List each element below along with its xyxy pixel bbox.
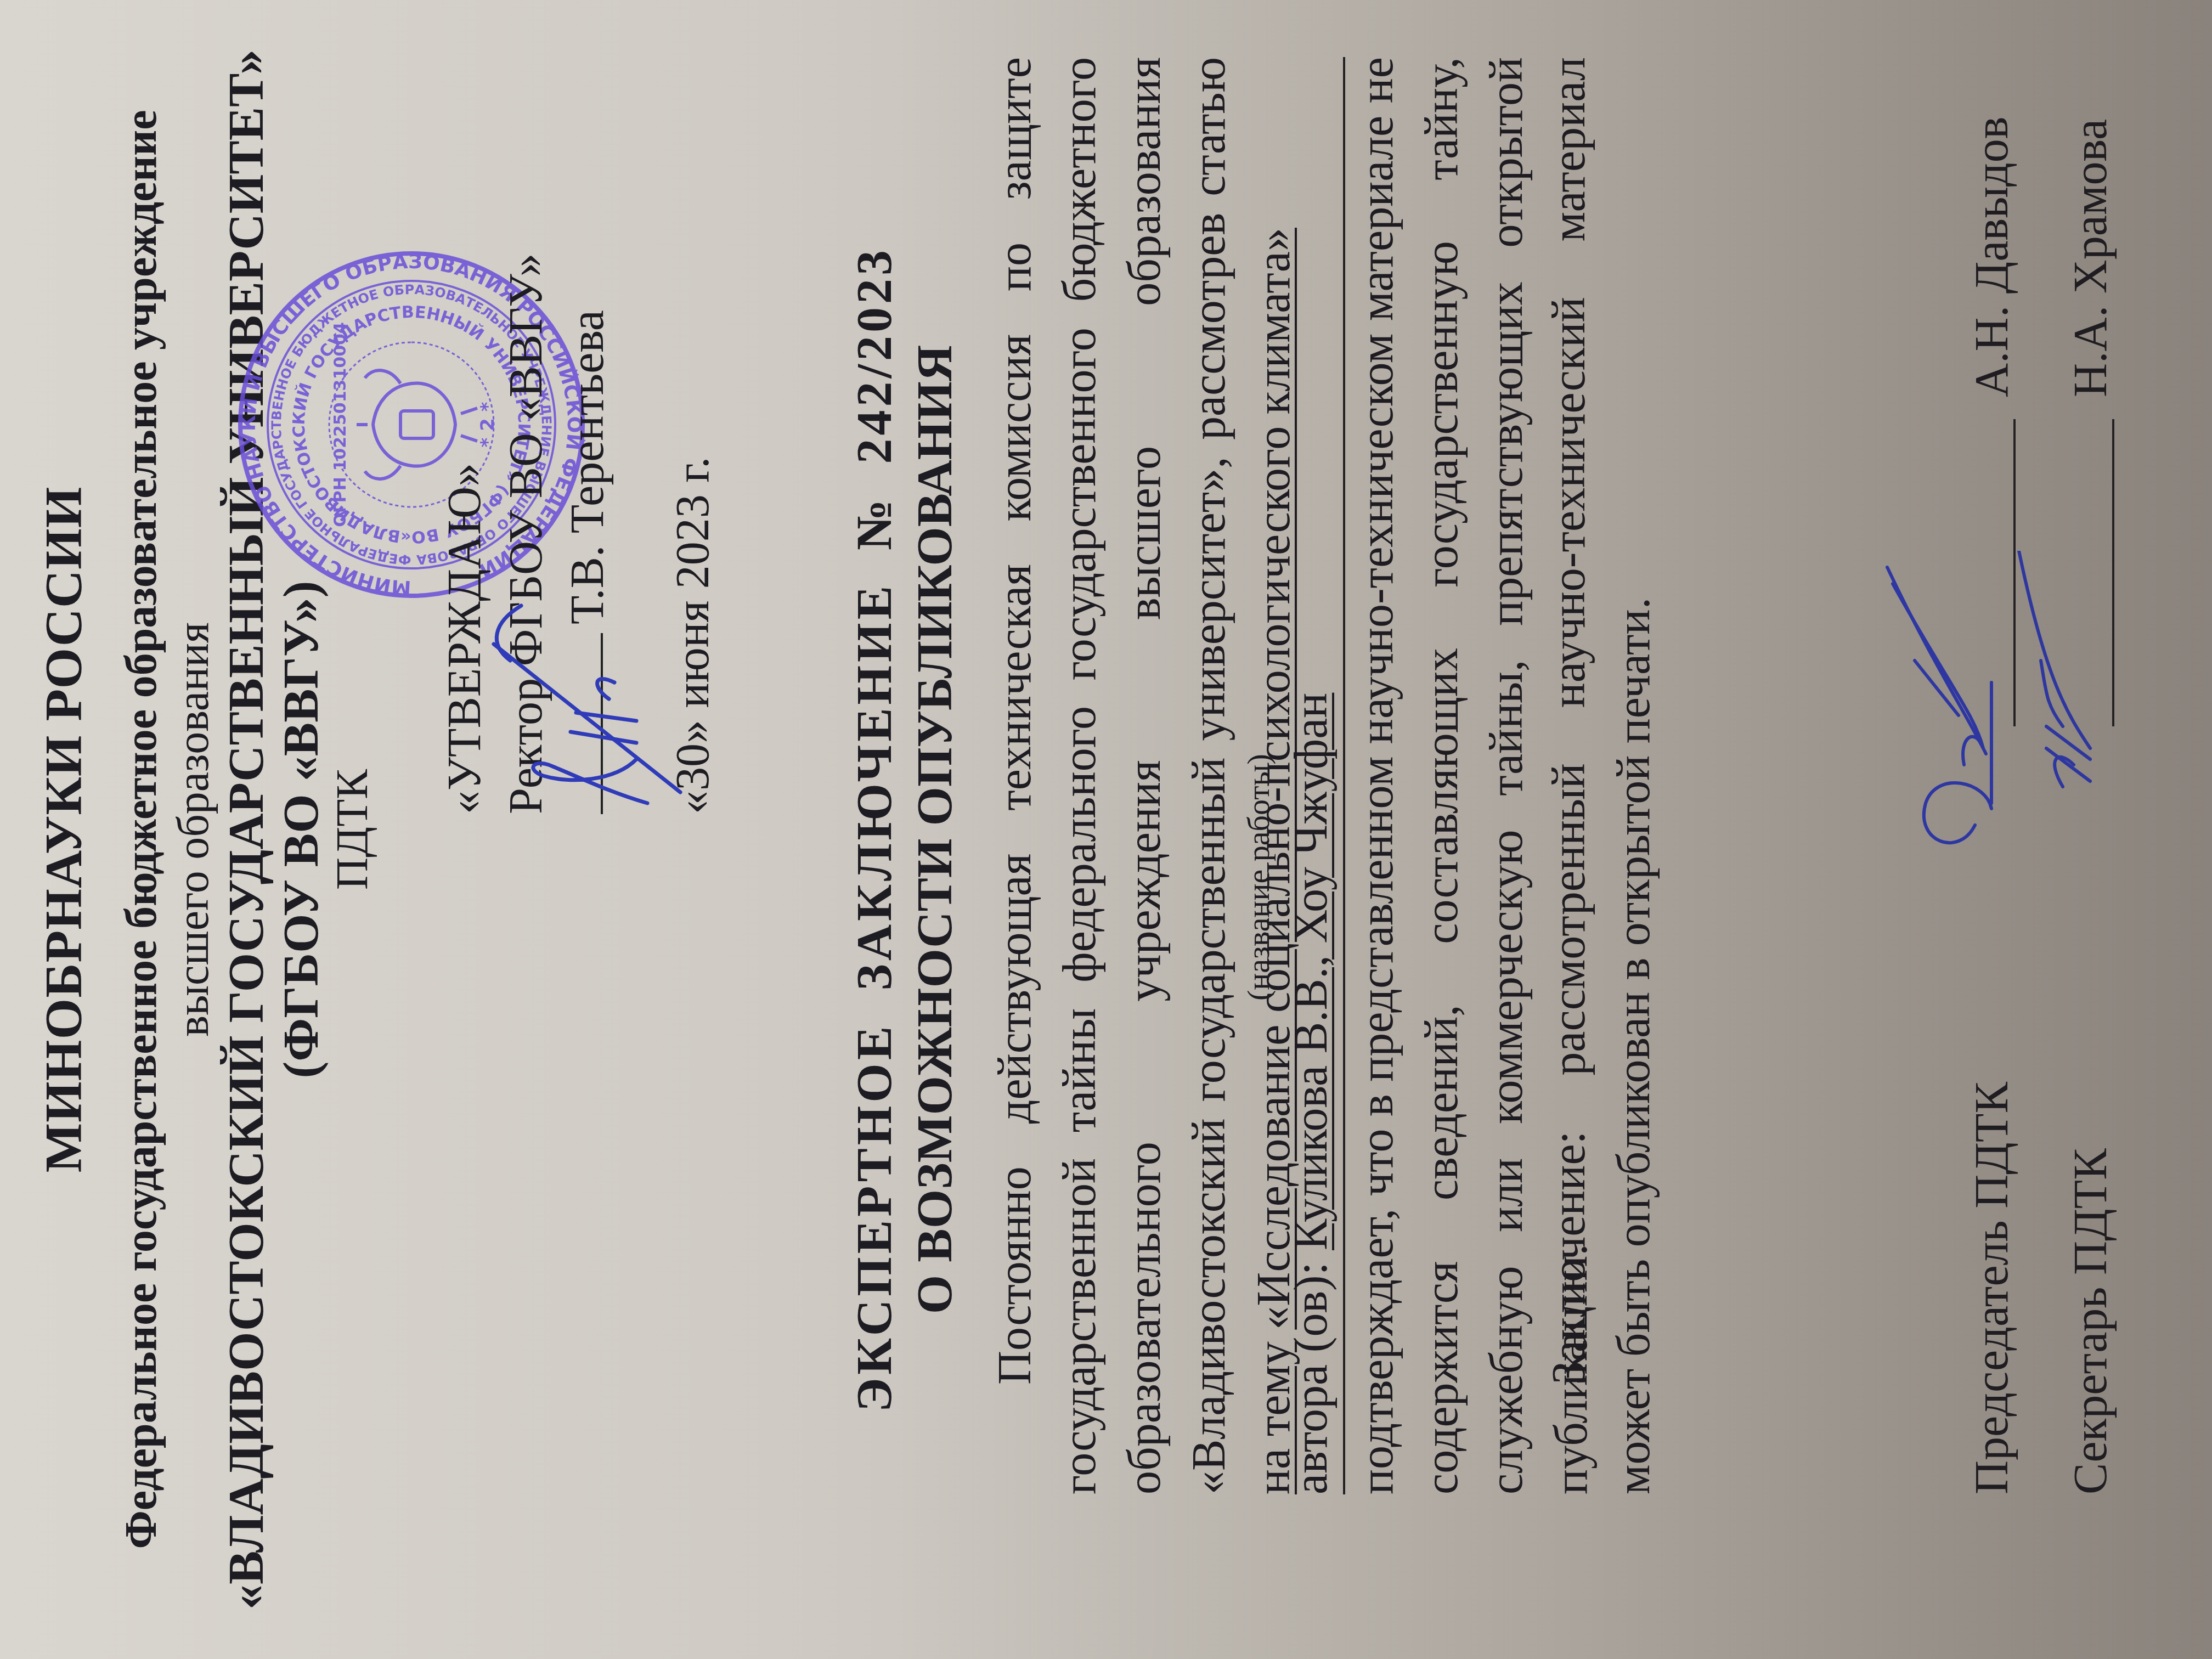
work-title-caption: (название работы) [1240, 754, 1277, 1001]
rector-signature-icon [472, 595, 702, 825]
org-level-line: высшего образования [167, 0, 219, 1659]
paragraph-conclusion: Заключение: рассмотренный научно-техниче… [1536, 57, 1666, 1494]
authors-line: автора (ов): Куликова В.В., Хоу Чжуфан [1278, 57, 1345, 1494]
approval-signatory: Т.В. Терентьева [561, 310, 613, 624]
org-type-line: Федеральное государственное бюджетное об… [115, 0, 167, 1659]
document-title: ЭКСПЕРТНОЕ ЗАКЛЮЧЕНИЕ № 242/2023 [845, 0, 903, 1659]
authors-label: автора (ов): [1284, 1262, 1337, 1494]
document-subtitle: О ВОЗМОЖНОСТИ ОПУБЛИКОВАНИЯ [905, 0, 963, 1659]
intro-text: Постоянно действующая техническая комисс… [988, 57, 1235, 1494]
signature-role: Секретарь ПДТК [2063, 1148, 2118, 1494]
authors-names: Куликова В.В., Хоу Чжуфан [1284, 693, 1337, 1250]
signature-name: А.Н. Давыдов [1964, 117, 2019, 397]
ministry-name: МИНОБРНАУКИ РОССИИ [33, 0, 94, 1659]
signature-name: Н.А. Храмова [2063, 119, 2118, 397]
commission-signatures-icon [1882, 551, 2167, 891]
signature-role: Председатель ПДТК [1964, 1082, 2019, 1494]
stamp-ogrn: ОГРН 1022501310004 [331, 322, 350, 527]
document-page: МИНОБРНАУКИ РОССИИ Федеральное государст… [0, 0, 2212, 1659]
